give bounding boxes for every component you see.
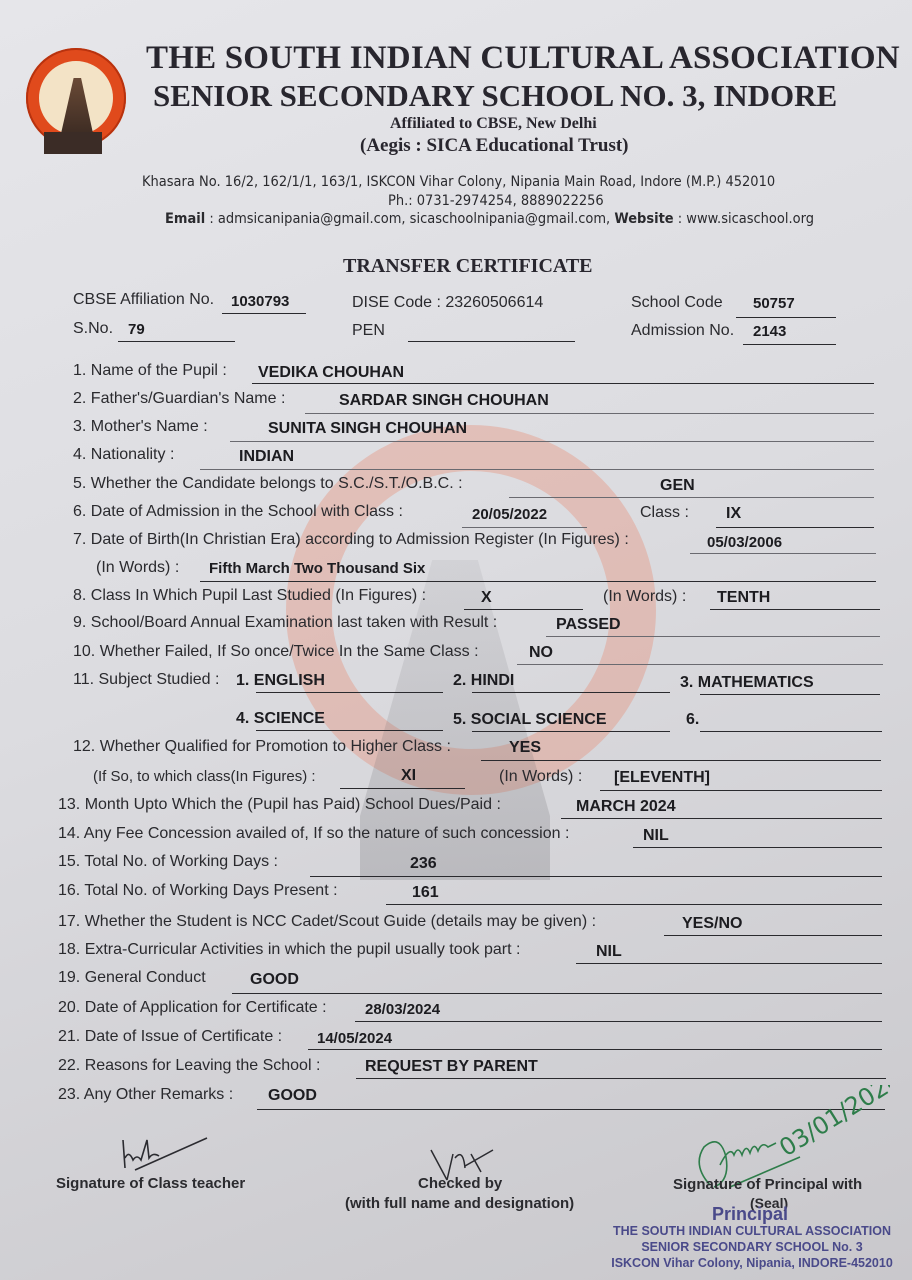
ncc-label: 17. Whether the Student is NCC Cadet/Sco…	[58, 913, 596, 931]
father-name-value: SARDAR SINGH CHOUHAN	[339, 392, 549, 410]
school-phone: Ph.: 0731-2974254, 8889022256	[388, 193, 604, 209]
admission-no-value: 2143	[753, 323, 786, 340]
cbse-affiliation-label: CBSE Affiliation No.	[73, 291, 214, 309]
subject-3-underline	[700, 694, 880, 695]
leaving-reason-label: 22. Reasons for Leaving the School :	[58, 1057, 320, 1075]
checked-by-sublabel: (with full name and designation)	[345, 1195, 574, 1212]
last-class-underline	[464, 609, 583, 610]
pupil-name-label: 1. Name of the Pupil :	[73, 362, 227, 380]
fee-concession-underline	[633, 847, 882, 848]
subject-5-underline	[472, 731, 670, 732]
subject-4: 4. SCIENCE	[236, 710, 325, 728]
issue-date-value: 14/05/2024	[317, 1030, 392, 1047]
school-code-value: 50757	[753, 295, 795, 312]
dues-paid-label: 13. Month Upto Which the (Pupil has Paid…	[58, 796, 501, 814]
promotion-class-value: XI	[401, 767, 416, 785]
working-days-value: 236	[410, 855, 437, 873]
dues-paid-value: MARCH 2024	[576, 798, 676, 816]
conduct-label: 19. General Conduct	[58, 969, 206, 987]
leaving-reason-value: REQUEST BY PARENT	[365, 1058, 538, 1076]
last-class-words-underline	[710, 609, 880, 610]
emblem-base	[44, 132, 102, 154]
school-code-underline	[736, 317, 836, 318]
class-teacher-signature	[115, 1130, 215, 1175]
promotion-class-label: (If So, to which class(In Figures) :	[93, 768, 316, 785]
category-underline	[509, 497, 874, 498]
subject-1: 1. ENGLISH	[236, 672, 325, 690]
promotion-words-label: (In Words) :	[499, 768, 582, 786]
remarks-value: GOOD	[268, 1087, 317, 1105]
document-title: TRANSFER CERTIFICATE	[343, 255, 593, 278]
pen-label: PEN	[352, 322, 385, 340]
admission-class-underline	[716, 527, 874, 528]
school-emblem-logo	[26, 48, 128, 154]
school-contact: Email : admsicanipania@gmail.com, sicasc…	[165, 211, 814, 227]
admission-no-underline	[743, 344, 836, 345]
ncc-underline	[664, 935, 882, 936]
dob-value: 05/03/2006	[707, 534, 782, 551]
admission-class-label: Class :	[640, 504, 689, 522]
fee-concession-value: NIL	[643, 827, 669, 845]
conduct-underline	[232, 993, 882, 994]
nationality-underline	[200, 469, 874, 470]
sno-value: 79	[128, 321, 145, 338]
category-label: 5. Whether the Candidate belongs to S.C.…	[73, 475, 463, 493]
days-present-label: 16. Total No. of Working Days Present :	[58, 882, 338, 900]
extra-curricular-label: 18. Extra-Curricular Activities in which…	[58, 941, 520, 959]
promotion-words-underline	[600, 790, 882, 791]
subject-3: 3. MATHEMATICS	[680, 674, 814, 692]
dob-words-underline	[200, 581, 876, 582]
principal-stamp-line1: THE SOUTH INDIAN CULTURAL ASSOCIATION	[608, 1224, 896, 1238]
nationality-value: INDIAN	[239, 448, 294, 466]
subject-6-underline	[700, 731, 882, 732]
promotion-value: YES	[509, 739, 541, 757]
website-label: Website	[614, 211, 673, 227]
subject-5: 5. SOCIAL SCIENCE	[453, 711, 607, 729]
exam-result-value: PASSED	[556, 616, 621, 634]
promotion-class-underline	[340, 788, 465, 789]
ncc-value: YES/NO	[682, 915, 742, 933]
failed-underline	[517, 664, 883, 665]
failed-value: NO	[529, 644, 553, 662]
extra-curricular-value: NIL	[596, 943, 622, 961]
school-code-label: School Code	[631, 294, 723, 312]
father-name-label: 2. Father's/Guardian's Name :	[73, 390, 285, 408]
sno-label: S.No.	[73, 320, 113, 338]
last-class-label: 8. Class In Which Pupil Last Studied (In…	[73, 587, 426, 605]
subjects-label: 11. Subject Studied :	[73, 671, 219, 689]
principal-stamp-title: Principal	[712, 1204, 788, 1225]
cbse-affiliation-underline	[222, 313, 306, 314]
dob-words-value: Fifth March Two Thousand Six	[209, 560, 425, 577]
admission-date-underline	[462, 527, 587, 528]
working-days-underline	[310, 876, 882, 877]
dise-code: DISE Code : 23260506614	[352, 294, 543, 312]
issue-date-underline	[308, 1049, 882, 1050]
subject-6: 6.	[686, 711, 699, 729]
principal-handwritten-date: 03/01/2024	[774, 1085, 890, 1162]
conduct-value: GOOD	[250, 971, 299, 989]
extra-curricular-underline	[576, 963, 882, 964]
mother-name-underline	[230, 441, 874, 442]
website-value: : www.sicaschool.org	[674, 211, 814, 227]
mother-name-label: 3. Mother's Name :	[73, 418, 208, 436]
school-address: Khasara No. 16/2, 162/1/1, 163/1, ISKCON…	[142, 174, 775, 190]
admission-class-value: IX	[726, 505, 741, 523]
fee-concession-label: 14. Any Fee Concession availed of, If so…	[58, 825, 569, 843]
leaving-reason-underline	[356, 1078, 886, 1079]
issue-date-label: 21. Date of Issue of Certificate :	[58, 1028, 282, 1046]
subject-2-underline	[472, 692, 670, 693]
days-present-value: 161	[412, 884, 439, 902]
pupil-name-value: VEDIKA CHOUHAN	[258, 364, 404, 382]
principal-stamp-line2: SENIOR SECONDARY SCHOOL No. 3	[608, 1240, 896, 1254]
promotion-underline	[481, 760, 881, 761]
nationality-label: 4. Nationality :	[73, 446, 174, 464]
dob-words-label: (In Words) :	[96, 559, 179, 577]
checked-by-label: Checked by	[418, 1175, 502, 1192]
remarks-label: 23. Any Other Remarks :	[58, 1086, 233, 1104]
last-class-words-value: TENTH	[717, 589, 770, 607]
school-name-line1: THE SOUTH INDIAN CULTURAL ASSOCIATION	[146, 40, 900, 77]
admission-date-value: 20/05/2022	[472, 506, 547, 523]
principal-signature-label: Signature of Principal with	[673, 1176, 862, 1193]
promotion-words-value: [ELEVENTH]	[614, 769, 710, 787]
last-class-words-label: (In Words) :	[603, 588, 686, 606]
email-value: : admsicanipania@gmail.com, sicaschoolni…	[205, 211, 614, 227]
father-name-underline	[305, 413, 874, 414]
last-class-value: X	[481, 589, 492, 607]
application-date-underline	[355, 1021, 882, 1022]
admission-no-label: Admission No.	[631, 322, 734, 340]
school-name-line2: SENIOR SECONDARY SCHOOL NO. 3, INDORE	[153, 78, 837, 114]
category-value: GEN	[660, 477, 695, 495]
working-days-label: 15. Total No. of Working Days :	[58, 853, 278, 871]
email-label: Email	[165, 211, 205, 227]
principal-stamp-line3: ISKCON Vihar Colony, Nipania, INDORE-452…	[604, 1256, 900, 1270]
subject-2: 2. HINDI	[453, 672, 514, 690]
dues-paid-underline	[561, 818, 882, 819]
dob-label: 7. Date of Birth(In Christian Era) accor…	[73, 531, 629, 549]
class-teacher-signature-label: Signature of Class teacher	[56, 1175, 245, 1192]
affiliation-text: Affiliated to CBSE, New Delhi	[390, 115, 597, 133]
sno-underline	[118, 341, 235, 342]
failed-label: 10. Whether Failed, If So once/Twice In …	[73, 643, 479, 661]
mother-name-value: SUNITA SINGH CHOUHAN	[268, 420, 467, 438]
exam-result-underline	[546, 636, 880, 637]
pen-underline	[408, 341, 575, 342]
promotion-label: 12. Whether Qualified for Promotion to H…	[73, 738, 451, 756]
pupil-name-underline	[252, 383, 874, 384]
days-present-underline	[386, 904, 882, 905]
application-date-value: 28/03/2024	[365, 1001, 440, 1018]
admission-date-label: 6. Date of Admission in the School with …	[73, 503, 403, 521]
exam-result-label: 9. School/Board Annual Examination last …	[73, 614, 497, 632]
subject-4-underline	[256, 730, 443, 731]
dob-underline	[690, 553, 876, 554]
cbse-affiliation-value: 1030793	[231, 293, 289, 310]
application-date-label: 20. Date of Application for Certificate …	[58, 999, 327, 1017]
aegis-text: (Aegis : SICA Educational Trust)	[360, 135, 629, 157]
subject-1-underline	[256, 692, 443, 693]
